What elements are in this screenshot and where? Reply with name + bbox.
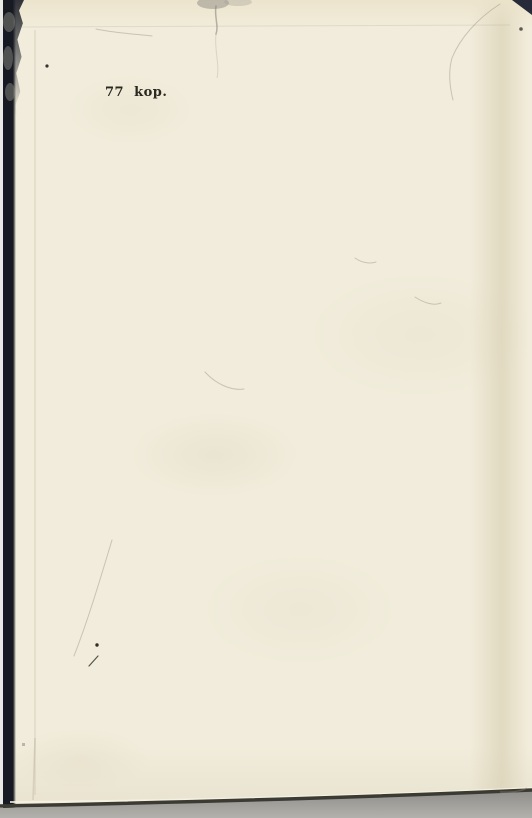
price-label: 77 kop. — [105, 86, 167, 99]
top-crease — [20, 25, 510, 27]
specks — [22, 27, 523, 746]
tape-mark — [197, 0, 252, 78]
page-bottom-edge — [0, 790, 532, 806]
book-back-cover-scan: 77 kop. — [0, 0, 532, 818]
page-edge-highlight — [10, 788, 532, 802]
corner-shadow — [512, 0, 532, 15]
scanner-background-strip — [0, 791, 532, 818]
jacket-fold-shadow-bottom — [33, 738, 35, 800]
spine-tape-residue — [13, 0, 24, 116]
scan-artifacts — [0, 0, 532, 818]
spine-edge — [0, 0, 16, 818]
page-corner-curl — [500, 788, 527, 792]
scratch-marks — [74, 4, 500, 656]
